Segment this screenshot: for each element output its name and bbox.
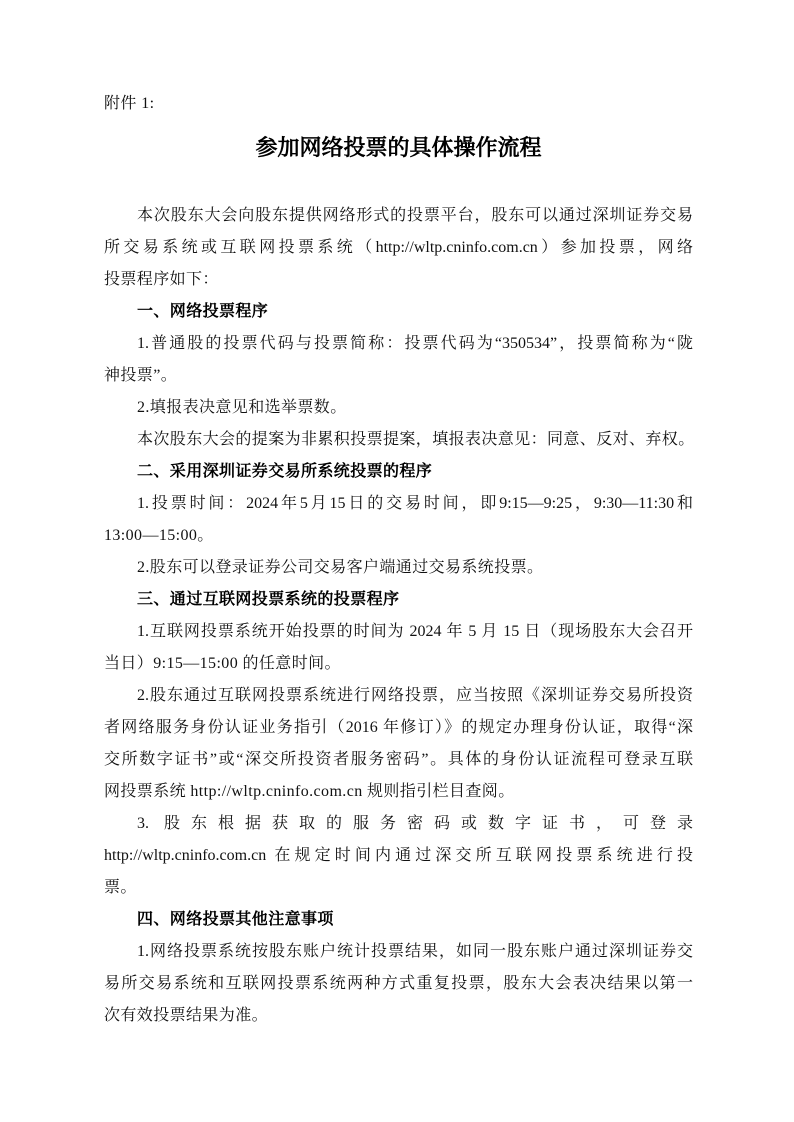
page-title: 参加网络投票的具体操作流程: [104, 126, 693, 170]
doc-line: 1.普通股的投票代码与投票简称：投票代码为“350534”，投票简称为“陇: [104, 328, 693, 360]
doc-line: 本次股东大会向股东提供网络形式的投票平台，股东可以通过深圳证券交易: [104, 200, 693, 232]
doc-line: 者网络服务身份认证业务指引（2016 年修订）》的规定办理身份认证，取得“深: [104, 712, 693, 744]
doc-line: 投票程序如下：: [104, 264, 693, 296]
doc-line: 神投票”。: [104, 360, 693, 392]
document-content: 附件 1: 参加网络投票的具体操作流程 本次股东大会向股东提供网络形式的投票平台…: [104, 88, 693, 1032]
section-heading: 四、网络投票其他注意事项: [104, 904, 693, 936]
doc-line: 次有效投票结果为准。: [104, 1000, 693, 1032]
doc-line: 13:00—15:00。: [104, 520, 693, 552]
doc-line: 2.股东可以登录证券公司交易客户端通过交易系统投票。: [104, 552, 693, 584]
section-heading: 三、通过互联网投票系统的投票程序: [104, 584, 693, 616]
doc-line: 2.填报表决意见和选举票数。: [104, 392, 693, 424]
attachment-label: 附件 1:: [104, 88, 693, 120]
doc-line: 2.股东通过互联网投票系统进行网络投票，应当按照《深圳证券交易所投资: [104, 680, 693, 712]
doc-line: 1.投票时间：2024年5月15日的交易时间，即9:15—9:25，9:30—1…: [104, 488, 693, 520]
doc-line: 本次股东大会的提案为非累积投票提案，填报表决意见：同意、反对、弃权。: [104, 424, 693, 456]
section-heading: 二、采用深圳证券交易所系统投票的程序: [104, 456, 693, 488]
document-page: 附件 1: 参加网络投票的具体操作流程 本次股东大会向股东提供网络形式的投票平台…: [0, 0, 794, 1122]
doc-line: 网投票系统 http://wltp.cninfo.com.cn 规则指引栏目查阅…: [104, 776, 693, 808]
doc-line: 票。: [104, 872, 693, 904]
section-heading: 一、网络投票程序: [104, 296, 693, 328]
doc-line: 3. 股东根据获取的服务密码或数字证书，可登录: [104, 808, 693, 840]
doc-line: 当日）9:15—15:00 的任意时间。: [104, 648, 693, 680]
doc-line: 易所交易系统和互联网投票系统两种方式重复投票，股东大会表决结果以第一: [104, 968, 693, 1000]
doc-line: 交所数字证书”或“深交所投资者服务密码”。具体的身份认证流程可登录互联: [104, 744, 693, 776]
doc-line: 所交易系统或互联网投票系统（http://wltp.cninfo.com.cn）…: [104, 232, 693, 264]
doc-line: http://wltp.cninfo.com.cn 在规定时间内通过深交所互联网…: [104, 840, 693, 872]
document-body: 本次股东大会向股东提供网络形式的投票平台，股东可以通过深圳证券交易 所交易系统或…: [104, 200, 693, 1032]
doc-line: 1.互联网投票系统开始投票的时间为 2024 年 5 月 15 日（现场股东大会…: [104, 616, 693, 648]
doc-line: 1.网络投票系统按股东账户统计投票结果，如同一股东账户通过深圳证券交: [104, 936, 693, 968]
